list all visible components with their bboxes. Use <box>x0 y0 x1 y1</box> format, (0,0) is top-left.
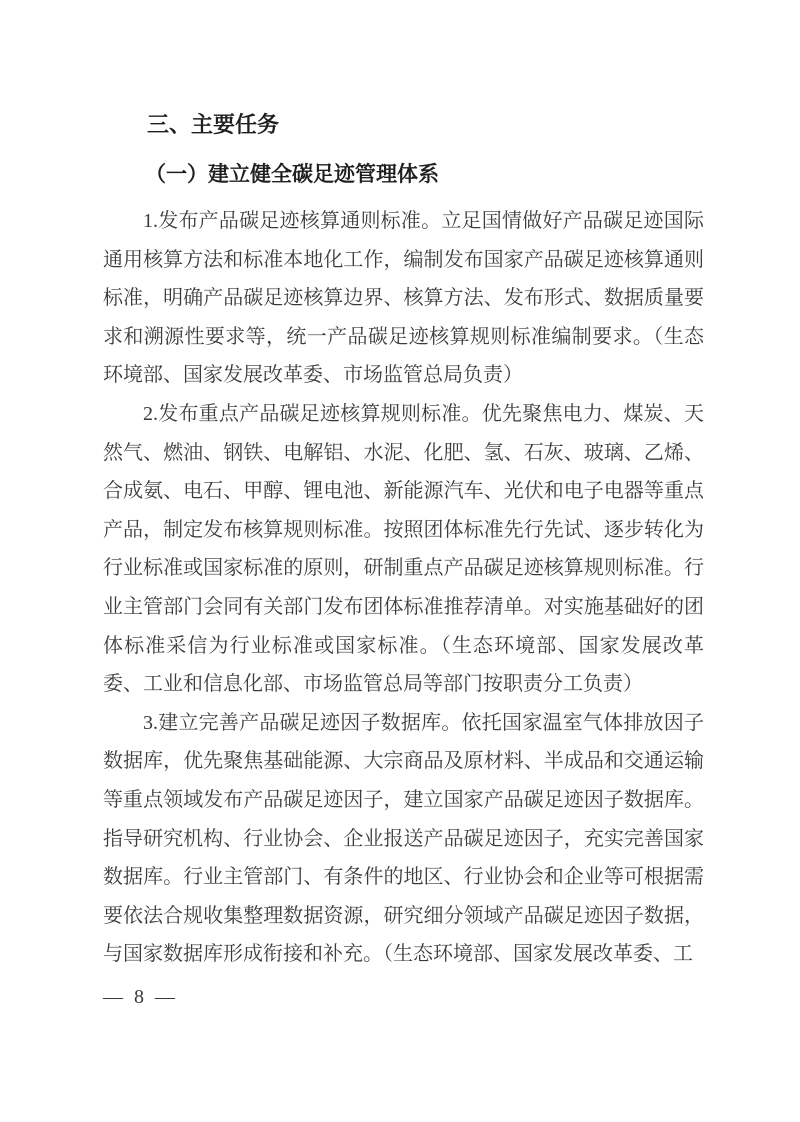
document-body: 三、主要任务 （一）建立健全碳足迹管理体系 1.发布产品碳足迹核算通则标准。立足… <box>103 102 704 974</box>
paragraph-2: 2.发布重点产品碳足迹核算规则标准。优先聚焦电力、煤炭、天然气、燃油、钢铁、电解… <box>103 395 704 704</box>
subsection-heading: （一）建立健全碳足迹管理体系 <box>103 152 704 196</box>
section-heading: 三、主要任务 <box>103 102 704 148</box>
paragraph-1: 1.发布产品碳足迹核算通则标准。立足国情做好产品碳足迹国际通用核算方法和标准本地… <box>103 202 704 395</box>
document-page: 三、主要任务 （一）建立健全碳足迹管理体系 1.发布产品碳足迹核算通则标准。立足… <box>0 0 800 1122</box>
paragraph-3: 3.建立完善产品碳足迹因子数据库。依托国家温室气体排放因子数据库，优先聚焦基础能… <box>103 704 704 974</box>
page-number: — 8 — <box>103 983 175 1011</box>
